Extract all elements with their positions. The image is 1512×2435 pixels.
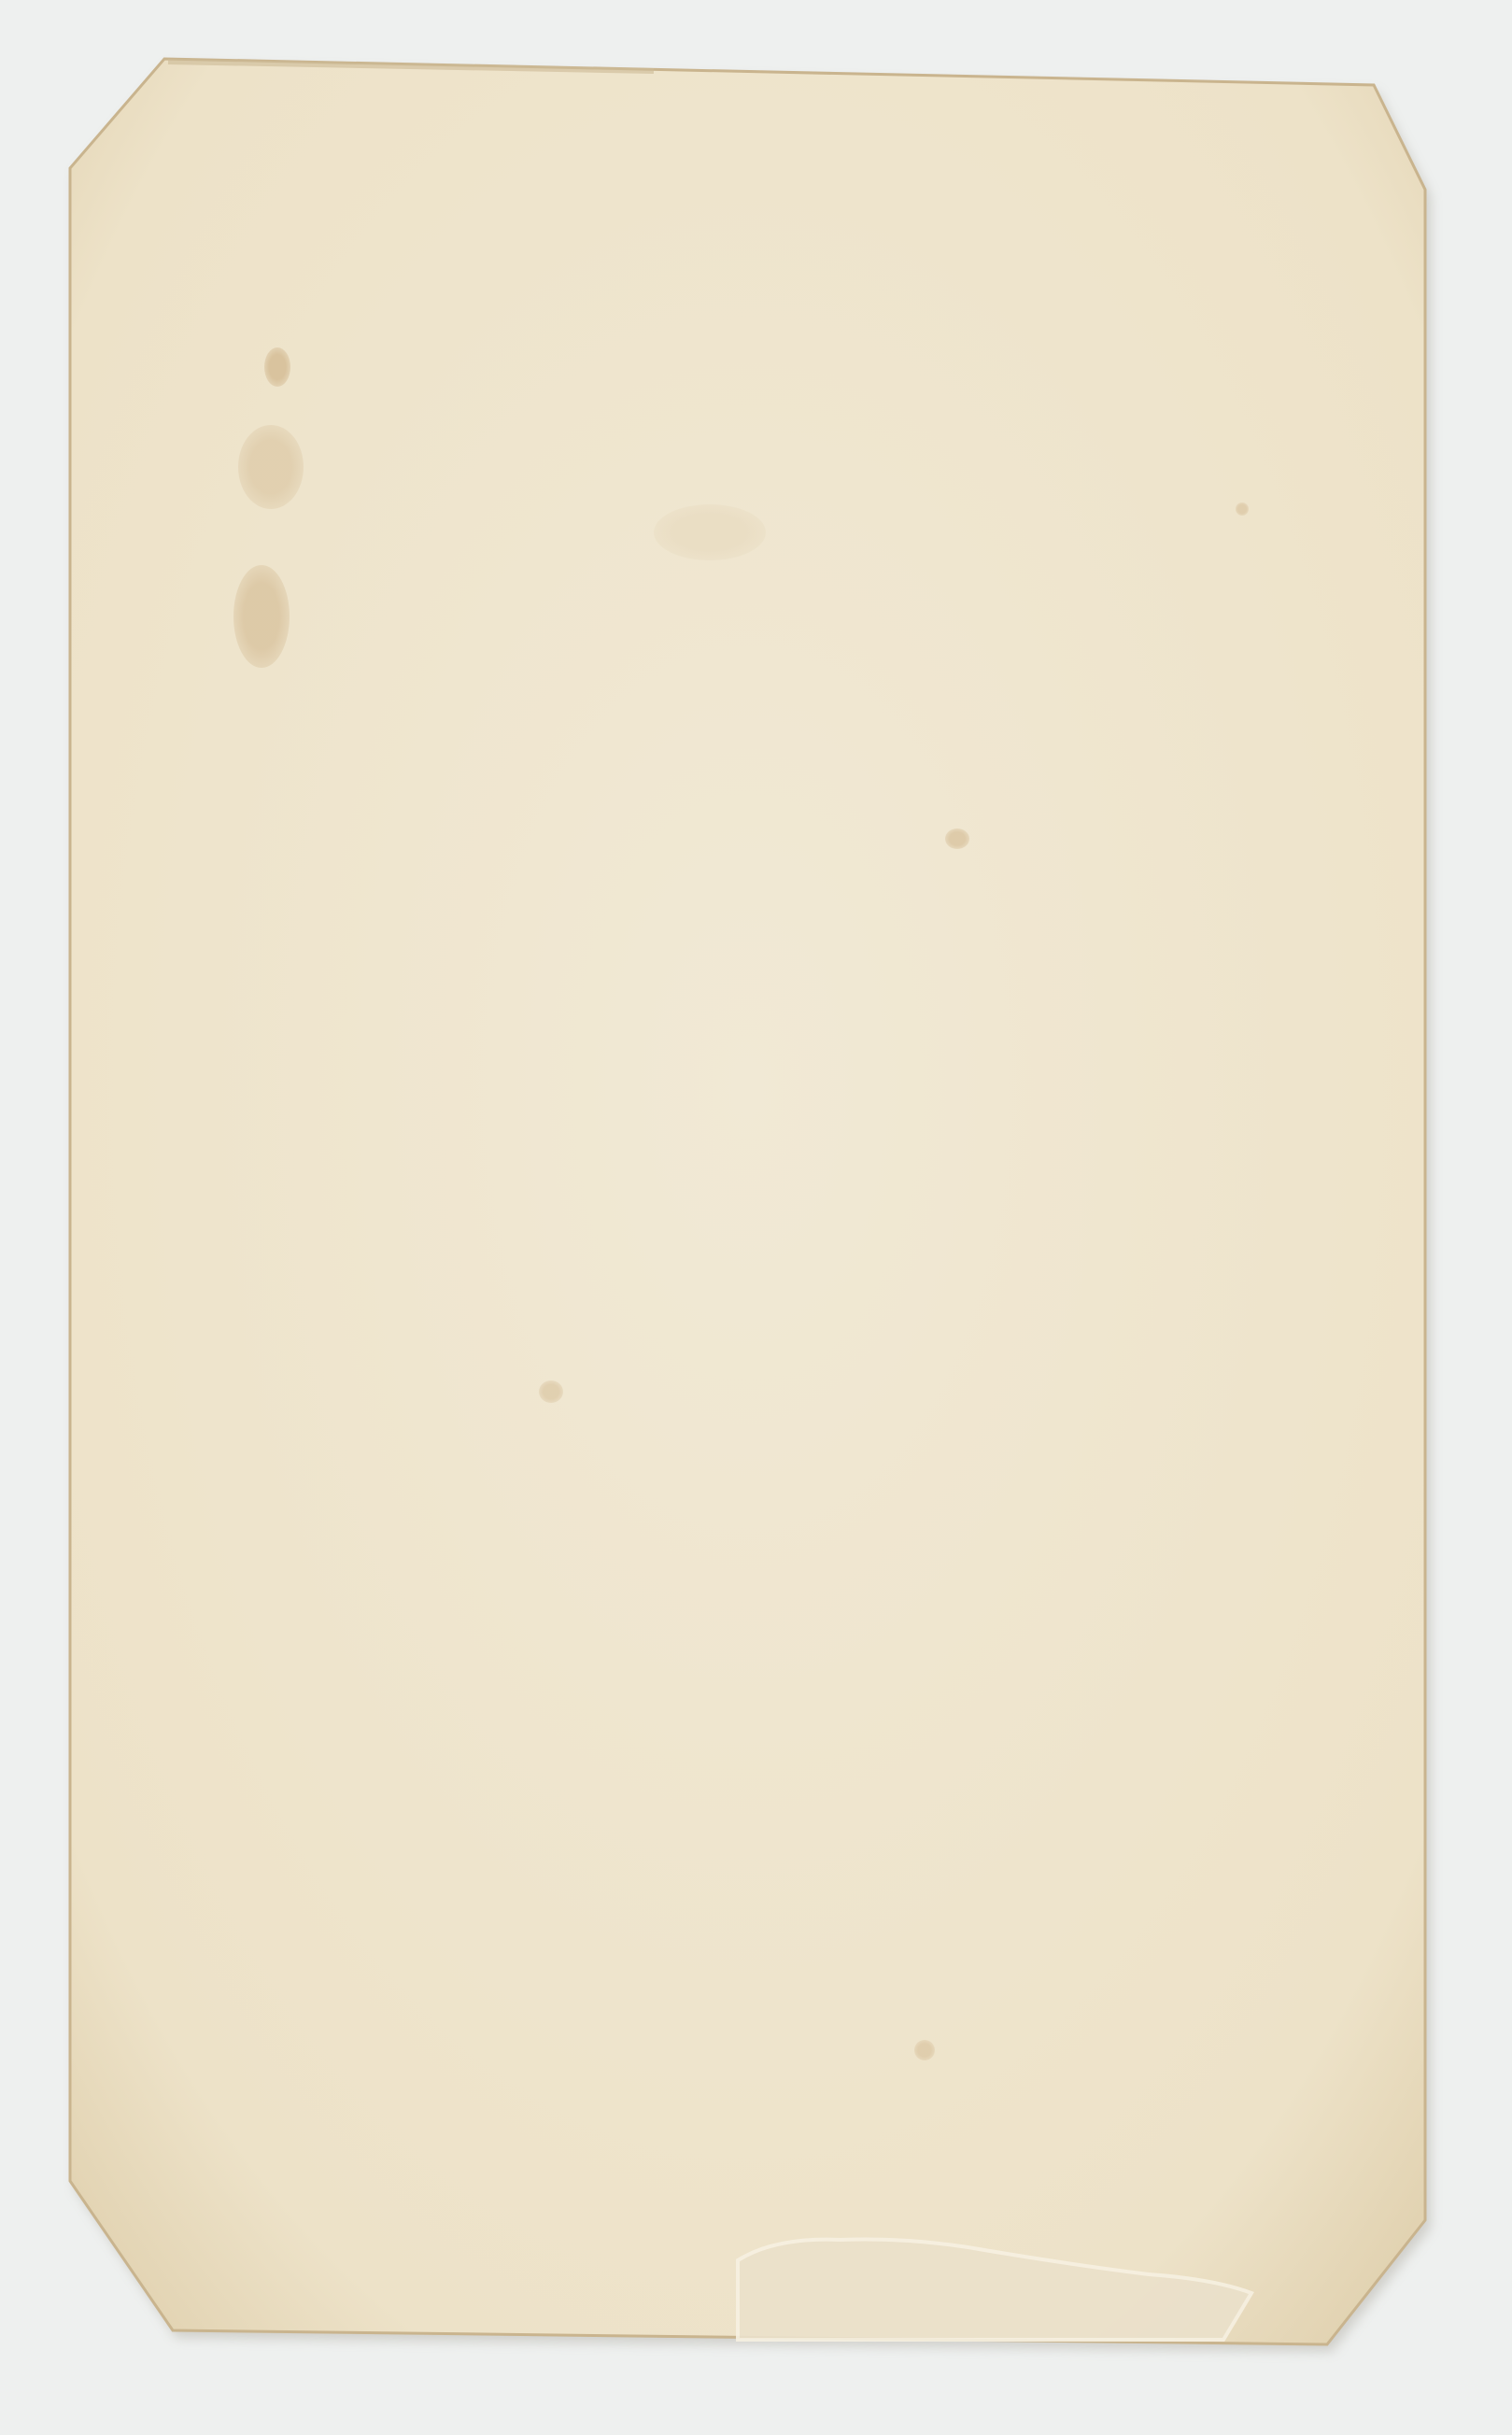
stain-spot [539, 1380, 563, 1403]
card-surface [70, 59, 1425, 2344]
stain-spot [1236, 503, 1249, 516]
stain-spot [264, 347, 290, 387]
scan-scene [0, 0, 1512, 2435]
stain-spot [238, 425, 304, 509]
stain-spot [914, 2040, 935, 2060]
stain-spot [654, 504, 766, 560]
card-back [0, 0, 1512, 2435]
stain-spot [233, 565, 290, 668]
stain-spot [945, 828, 969, 849]
